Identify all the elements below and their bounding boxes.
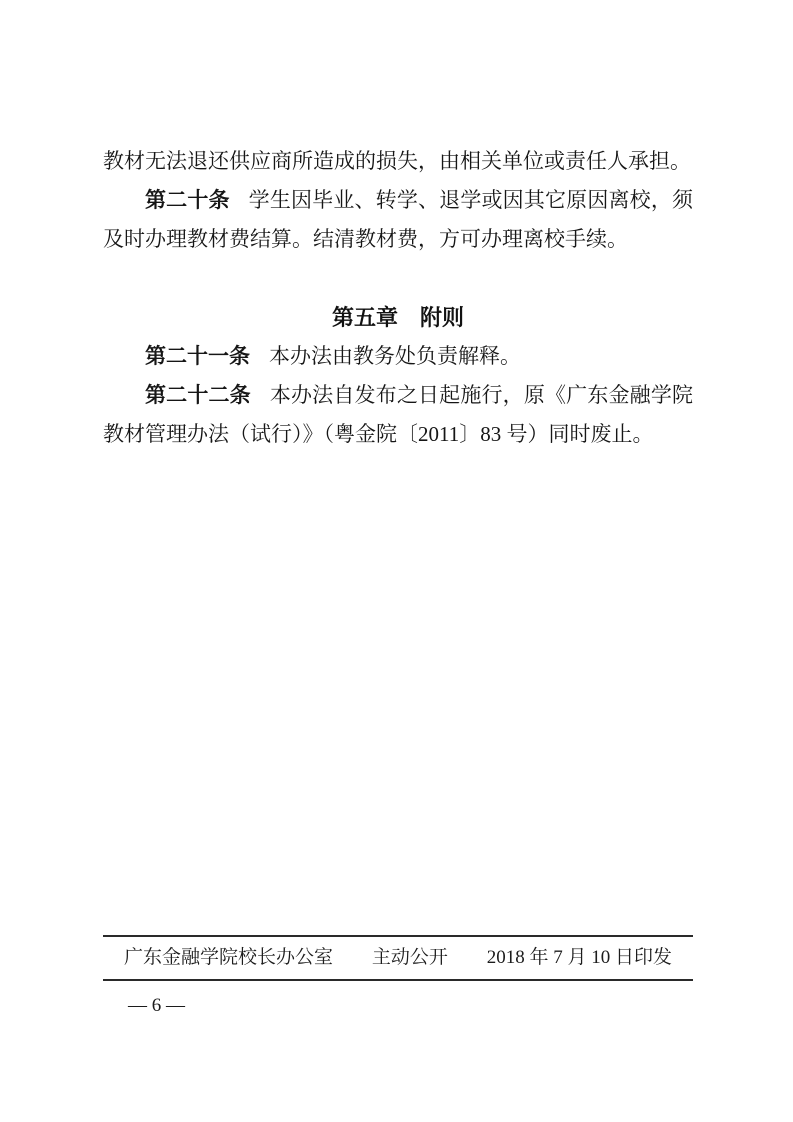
article-20: 第二十条学生因毕业、转学、退学或因其它原因离校，须及时办理教材费结算。结清教材费… (103, 181, 693, 259)
footer-disclosure-type: 主动公开 (372, 944, 448, 972)
paragraph-continuation: 教材无法退还供应商所造成的损失，由相关单位或责任人承担。 (103, 142, 693, 181)
article-22-label: 第二十二条 (145, 384, 251, 407)
article-21-label: 第二十一条 (145, 345, 250, 368)
article-21: 第二十一条本办法由教务处负责解释。 (103, 337, 693, 376)
footer-issuing-office: 广东金融学院校长办公室 (124, 944, 333, 972)
footer-print-date: 2018 年 7 月 10 日印发 (487, 944, 672, 972)
document-body: 教材无法退还供应商所造成的损失，由相关单位或责任人承担。 第二十条学生因毕业、转… (103, 142, 693, 454)
footer-rule-bottom (103, 979, 693, 981)
document-page: 教材无法退还供应商所造成的损失，由相关单位或责任人承担。 第二十条学生因毕业、转… (0, 0, 793, 1122)
article-22: 第二十二条本办法自发布之日起施行，原《广东金融学院教材管理办法（试行）》（粤金院… (103, 376, 693, 454)
page-number: — 6 — (128, 992, 185, 1020)
footer-colophon: 广东金融学院校长办公室 主动公开 2018 年 7 月 10 日印发 (103, 944, 693, 972)
chapter-5-heading: 第五章 附则 (103, 298, 693, 337)
article-20-label: 第二十条 (145, 189, 230, 212)
footer-rule-top (103, 935, 693, 937)
article-21-text: 本办法由教务处负责解释。 (269, 344, 521, 368)
